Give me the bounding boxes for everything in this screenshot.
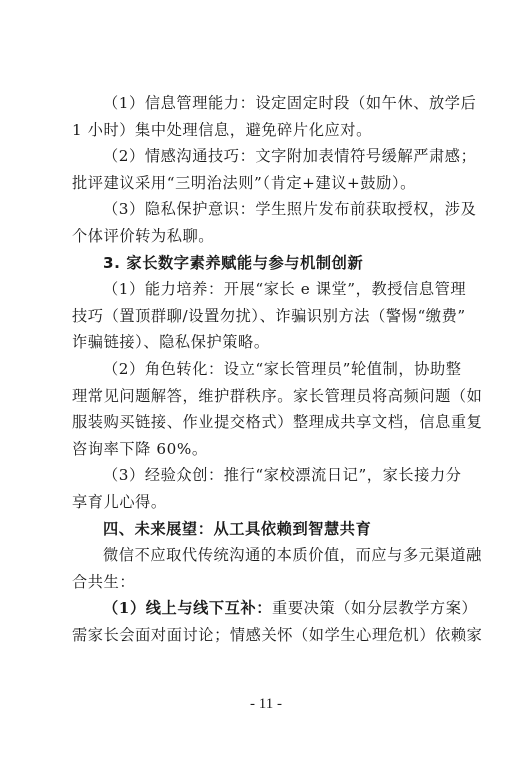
paragraph-line: （2）角色转化：设立“家长管理员”轮值制，协助整 — [72, 356, 462, 383]
bold-lead-in: （1）线上与线下互补： — [103, 599, 272, 617]
paragraph-line: 服装购买链接、作业提交格式）整理成共享文档，信息重复 — [72, 409, 462, 436]
paragraph-line: 需家长会面对面讨论；情感关怀（如学生心理危机）依赖家 — [72, 622, 462, 649]
paragraph-line: 1 小时）集中处理信息，避免碎片化应对。 — [72, 117, 462, 144]
paragraph-line: 合共生： — [72, 569, 462, 596]
paragraph-line: （3）隐私保护意识：学生照片发布前获取授权，涉及 — [72, 196, 462, 223]
paragraph-line: （3）经验众创：推行“家校漂流日记”，家长接力分 — [72, 462, 462, 489]
paragraph-line: 理常见问题解答，维护群秩序。家长管理员将高频问题（如 — [72, 383, 462, 410]
paragraph-line: （1）线上与线下互补：重要决策（如分层教学方案） — [72, 595, 462, 622]
paragraph-line: 批评建议采用“三明治法则”（肯定+建议+鼓励）。 — [72, 170, 462, 197]
paragraph-line: 诈骗链接）、隐私保护策略。 — [72, 329, 462, 356]
paragraph-line: 技巧（置顶群聊/设置勿扰）、诈骗识别方法（警惕“缴费” — [72, 303, 462, 330]
section-heading: 3. 家长数字素养赋能与参与机制创新 — [72, 250, 462, 277]
paragraph-line: 享育儿心得。 — [72, 489, 462, 516]
paragraph-line: 咨询率下降 60%。 — [72, 436, 462, 463]
paragraph-line: （1）信息管理能力：设定固定时段（如午休、放学后 — [72, 90, 462, 117]
chapter-heading: 四、未来展望：从工具依赖到智慧共育 — [72, 516, 462, 543]
document-body: （1）信息管理能力：设定固定时段（如午休、放学后 1 小时）集中处理信息，避免碎… — [72, 90, 462, 648]
paragraph-line: （2）情感沟通技巧：文字附加表情符号缓解严肃感； — [72, 143, 462, 170]
paragraph-line: （1）能力培养：开展“家长 e 课堂”，教授信息管理 — [72, 276, 462, 303]
line-text: 重要决策（如分层教学方案） — [272, 599, 477, 617]
page-number: - 11 - — [0, 696, 532, 713]
paragraph-line: 微信不应取代传统沟通的本质价值，而应与多元渠道融 — [72, 542, 462, 569]
paragraph-line: 个体评价转为私聊。 — [72, 223, 462, 250]
